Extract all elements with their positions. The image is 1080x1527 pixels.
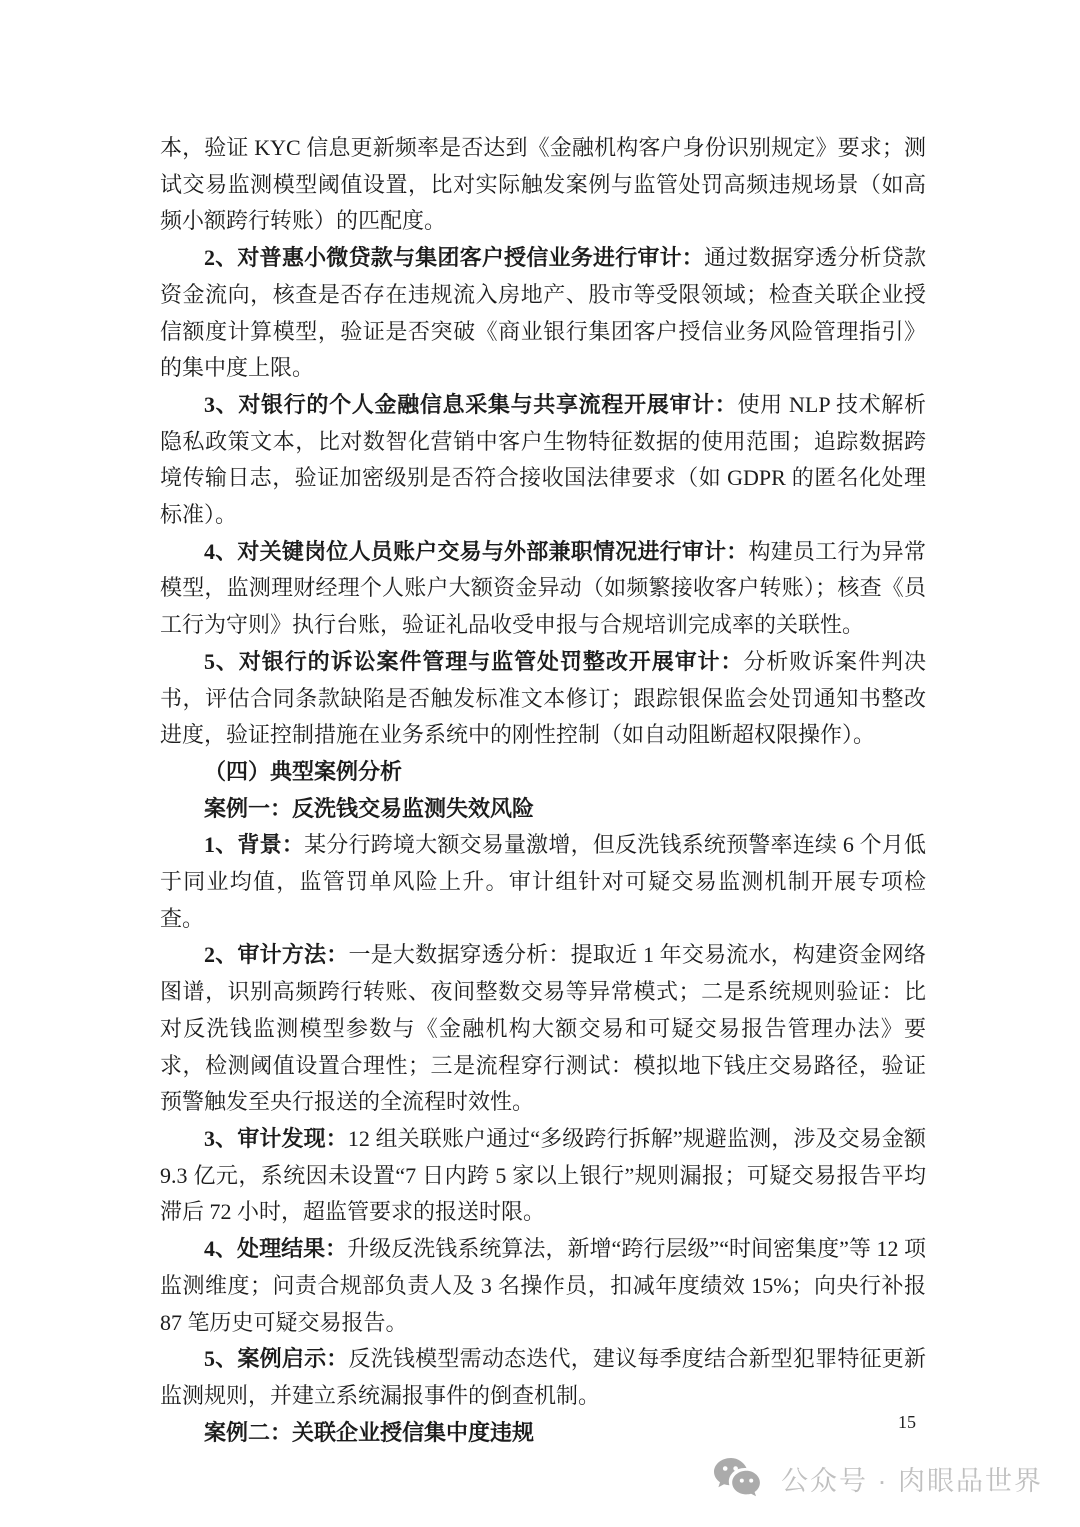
watermark: 公众号 · 肉眼品世界 (712, 1456, 1043, 1500)
paragraph-lead: 4、对关键岗位人员账户交易与外部兼职情况进行审计： (204, 539, 748, 564)
paragraph-lead: 3、审计发现： (204, 1126, 348, 1151)
paragraph: 2、审计方法：一是大数据穿透分析：提取近 1 年交易流水，构建资金网络图谱，识别… (160, 937, 926, 1121)
section-heading: （四）典型案例分析 (160, 754, 926, 791)
heading-text: （四）典型案例分析 (204, 759, 402, 784)
document-body: 本，验证 KYC 信息更新频率是否达到《金融机构客户身份识别规定》要求；测试交易… (160, 130, 926, 1451)
paragraph: 4、处理结果：升级反洗钱系统算法，新增“跨行层级”“时间密集度”等 12 项监测… (160, 1231, 926, 1341)
heading-text: 案例一：反洗钱交易监测失效风险 (204, 796, 534, 821)
page-number: 15 (898, 1412, 916, 1433)
document-page: 本，验证 KYC 信息更新频率是否达到《金融机构客户身份识别规定》要求；测试交易… (0, 0, 1080, 1527)
paragraph-lead: 5、对银行的诉讼案件管理与监管处罚整改开展审计： (204, 649, 743, 674)
paragraph-lead: 2、对普惠小微贷款与集团客户授信业务进行审计： (204, 245, 704, 270)
paragraph-lead: 2、审计方法： (204, 942, 348, 967)
watermark-label: 公众号 · 肉眼品世界 (781, 1459, 1043, 1498)
paragraph-lead: 3、对银行的个人金融信息采集与共享流程开展审计： (204, 392, 737, 417)
paragraph: 4、对关键岗位人员账户交易与外部兼职情况进行审计：构建员工行为异常模型，监测理财… (160, 534, 926, 644)
paragraph: 5、案例启示：反洗钱模型需动态迭代，建议每季度结合新型犯罪特征更新监测规则，并建… (160, 1341, 926, 1414)
paragraph: 5、对银行的诉讼案件管理与监管处罚整改开展审计：分析败诉案件判决书，评估合同条款… (160, 644, 926, 754)
paragraph-text: 本，验证 KYC 信息更新频率是否达到《金融机构客户身份识别规定》要求；测试交易… (160, 135, 926, 233)
paragraph-lead: 4、处理结果： (204, 1236, 347, 1261)
section-heading: 案例二：关联企业授信集中度违规 (160, 1415, 926, 1452)
paragraph-lead: 5、案例启示： (204, 1346, 349, 1371)
paragraph: 本，验证 KYC 信息更新频率是否达到《金融机构客户身份识别规定》要求；测试交易… (160, 130, 926, 240)
paragraph: 3、审计发现：12 组关联账户通过“多级跨行拆解”规避监测，涉及交易金额 9.3… (160, 1121, 926, 1231)
paragraph: 1、背景：某分行跨境大额交易量激增，但反洗钱系统预警率连续 6 个月低于同业均值… (160, 827, 926, 937)
section-heading: 案例一：反洗钱交易监测失效风险 (160, 791, 926, 828)
heading-text: 案例二：关联企业授信集中度违规 (204, 1420, 534, 1445)
paragraph: 3、对银行的个人金融信息采集与共享流程开展审计：使用 NLP 技术解析隐私政策文… (160, 387, 926, 534)
paragraph: 2、对普惠小微贷款与集团客户授信业务进行审计：通过数据穿透分析贷款资金流向，核查… (160, 240, 926, 387)
paragraph-lead: 1、背景： (204, 832, 304, 857)
wechat-icon (712, 1456, 766, 1500)
paragraph-text: 一是大数据穿透分析：提取近 1 年交易流水，构建资金网络图谱，识别高频跨行转账、… (160, 942, 926, 1114)
